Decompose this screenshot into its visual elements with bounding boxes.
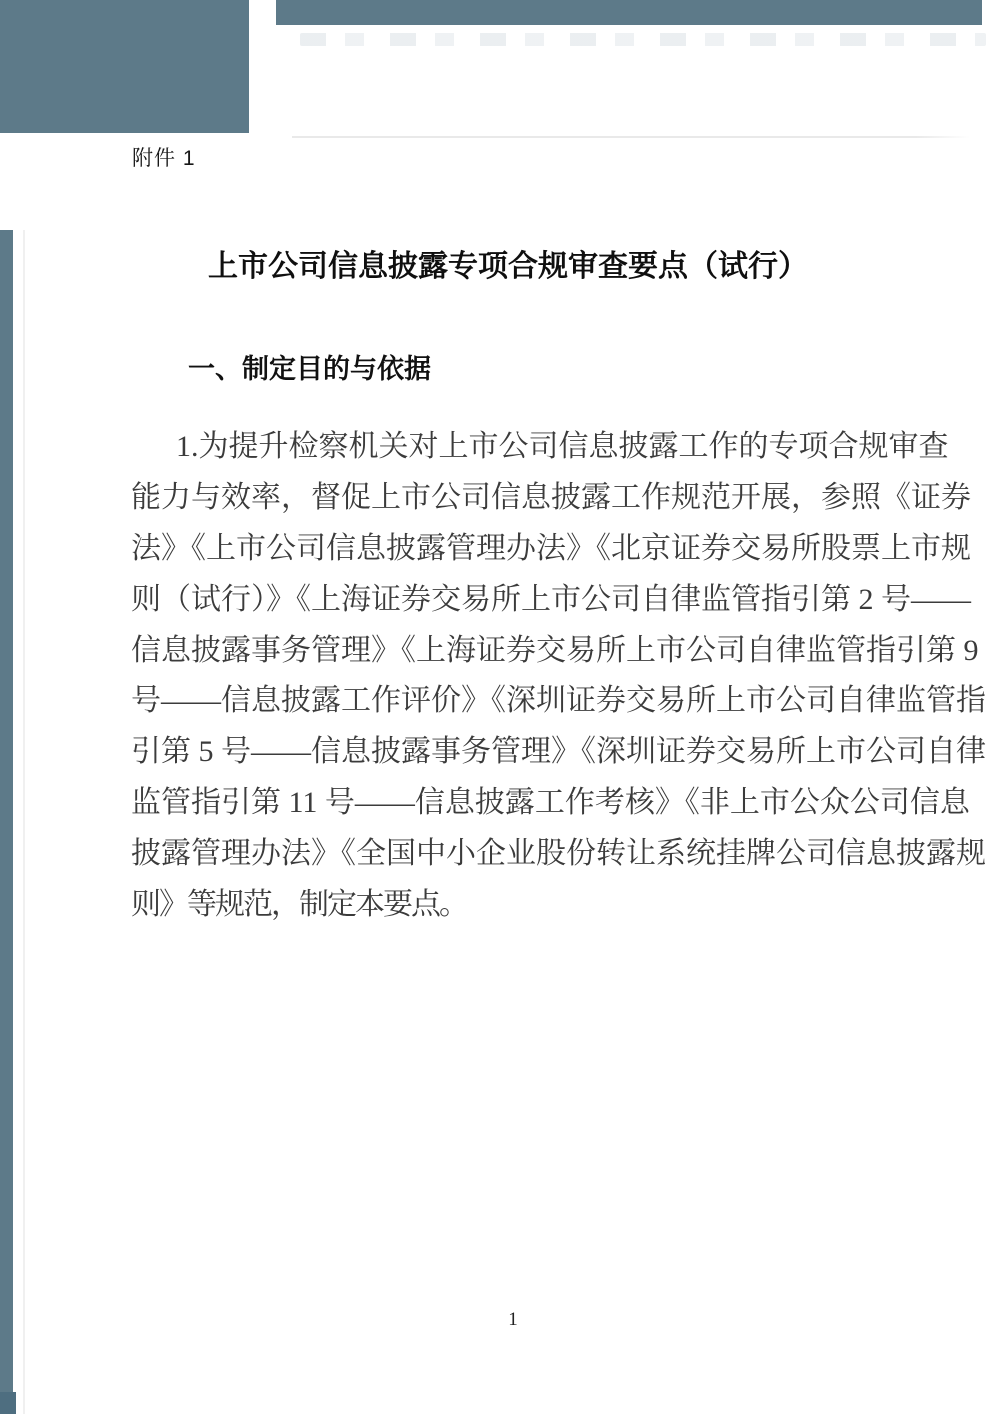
body-paragraph: 1.为提升检察机关对上市公司信息披露工作的专项合规审查 能力与效率，督促上市公司… bbox=[131, 422, 906, 931]
left-edge-accent-strip bbox=[0, 230, 13, 1414]
paragraph-line: 能力与效率，督促上市公司信息披露工作规范开展，参照《证券 bbox=[131, 473, 906, 524]
paragraph-line: 披露管理办法》《全国中小企业股份转让系统挂牌公司信息披露规 bbox=[131, 829, 906, 880]
page-edge-shadow-line bbox=[23, 230, 25, 1414]
header-top-accent-bar bbox=[276, 0, 982, 25]
paragraph-line: 则》等规范，制定本要点。 bbox=[131, 880, 906, 931]
paragraph-line: 信息披露事务管理》《上海证券交易所上市公司自律监管指引第 9 bbox=[131, 626, 906, 677]
paragraph-line: 则（试行）》《上海证券交易所上市公司自律监管指引第 2 号—— bbox=[131, 575, 906, 626]
header-left-accent-block bbox=[0, 0, 249, 133]
paragraph-line: 法》《上市公司信息披露管理办法》《北京证券交易所股票上市规 bbox=[131, 524, 906, 575]
paragraph-line: 引第 5 号——信息披露事务管理》《深圳证券交易所上市公司自律 bbox=[131, 727, 906, 778]
left-edge-bottom-corner-block bbox=[0, 1392, 16, 1414]
document-title: 上市公司信息披露专项合规审查要点（试行） bbox=[108, 248, 908, 286]
document-page: 附件 1 上市公司信息披露专项合规审查要点（试行） 一、制定目的与依据 1.为提… bbox=[0, 0, 1000, 1414]
header-divider-line bbox=[292, 136, 970, 138]
attachment-label: 附件 1 bbox=[132, 147, 196, 171]
page-number: 1 bbox=[0, 1308, 1000, 1332]
section-heading: 一、制定目的与依据 bbox=[188, 353, 431, 385]
paragraph-line: 监管指引第 11 号——信息披露工作考核》《非上市公众公司信息 bbox=[131, 778, 906, 829]
paragraph-line: 1.为提升检察机关对上市公司信息披露工作的专项合规审查 bbox=[131, 422, 906, 473]
paragraph-line: 号——信息披露工作评价》《深圳证券交易所上市公司自律监管指 bbox=[131, 676, 906, 727]
bleedthrough-ghost-text bbox=[300, 33, 986, 46]
